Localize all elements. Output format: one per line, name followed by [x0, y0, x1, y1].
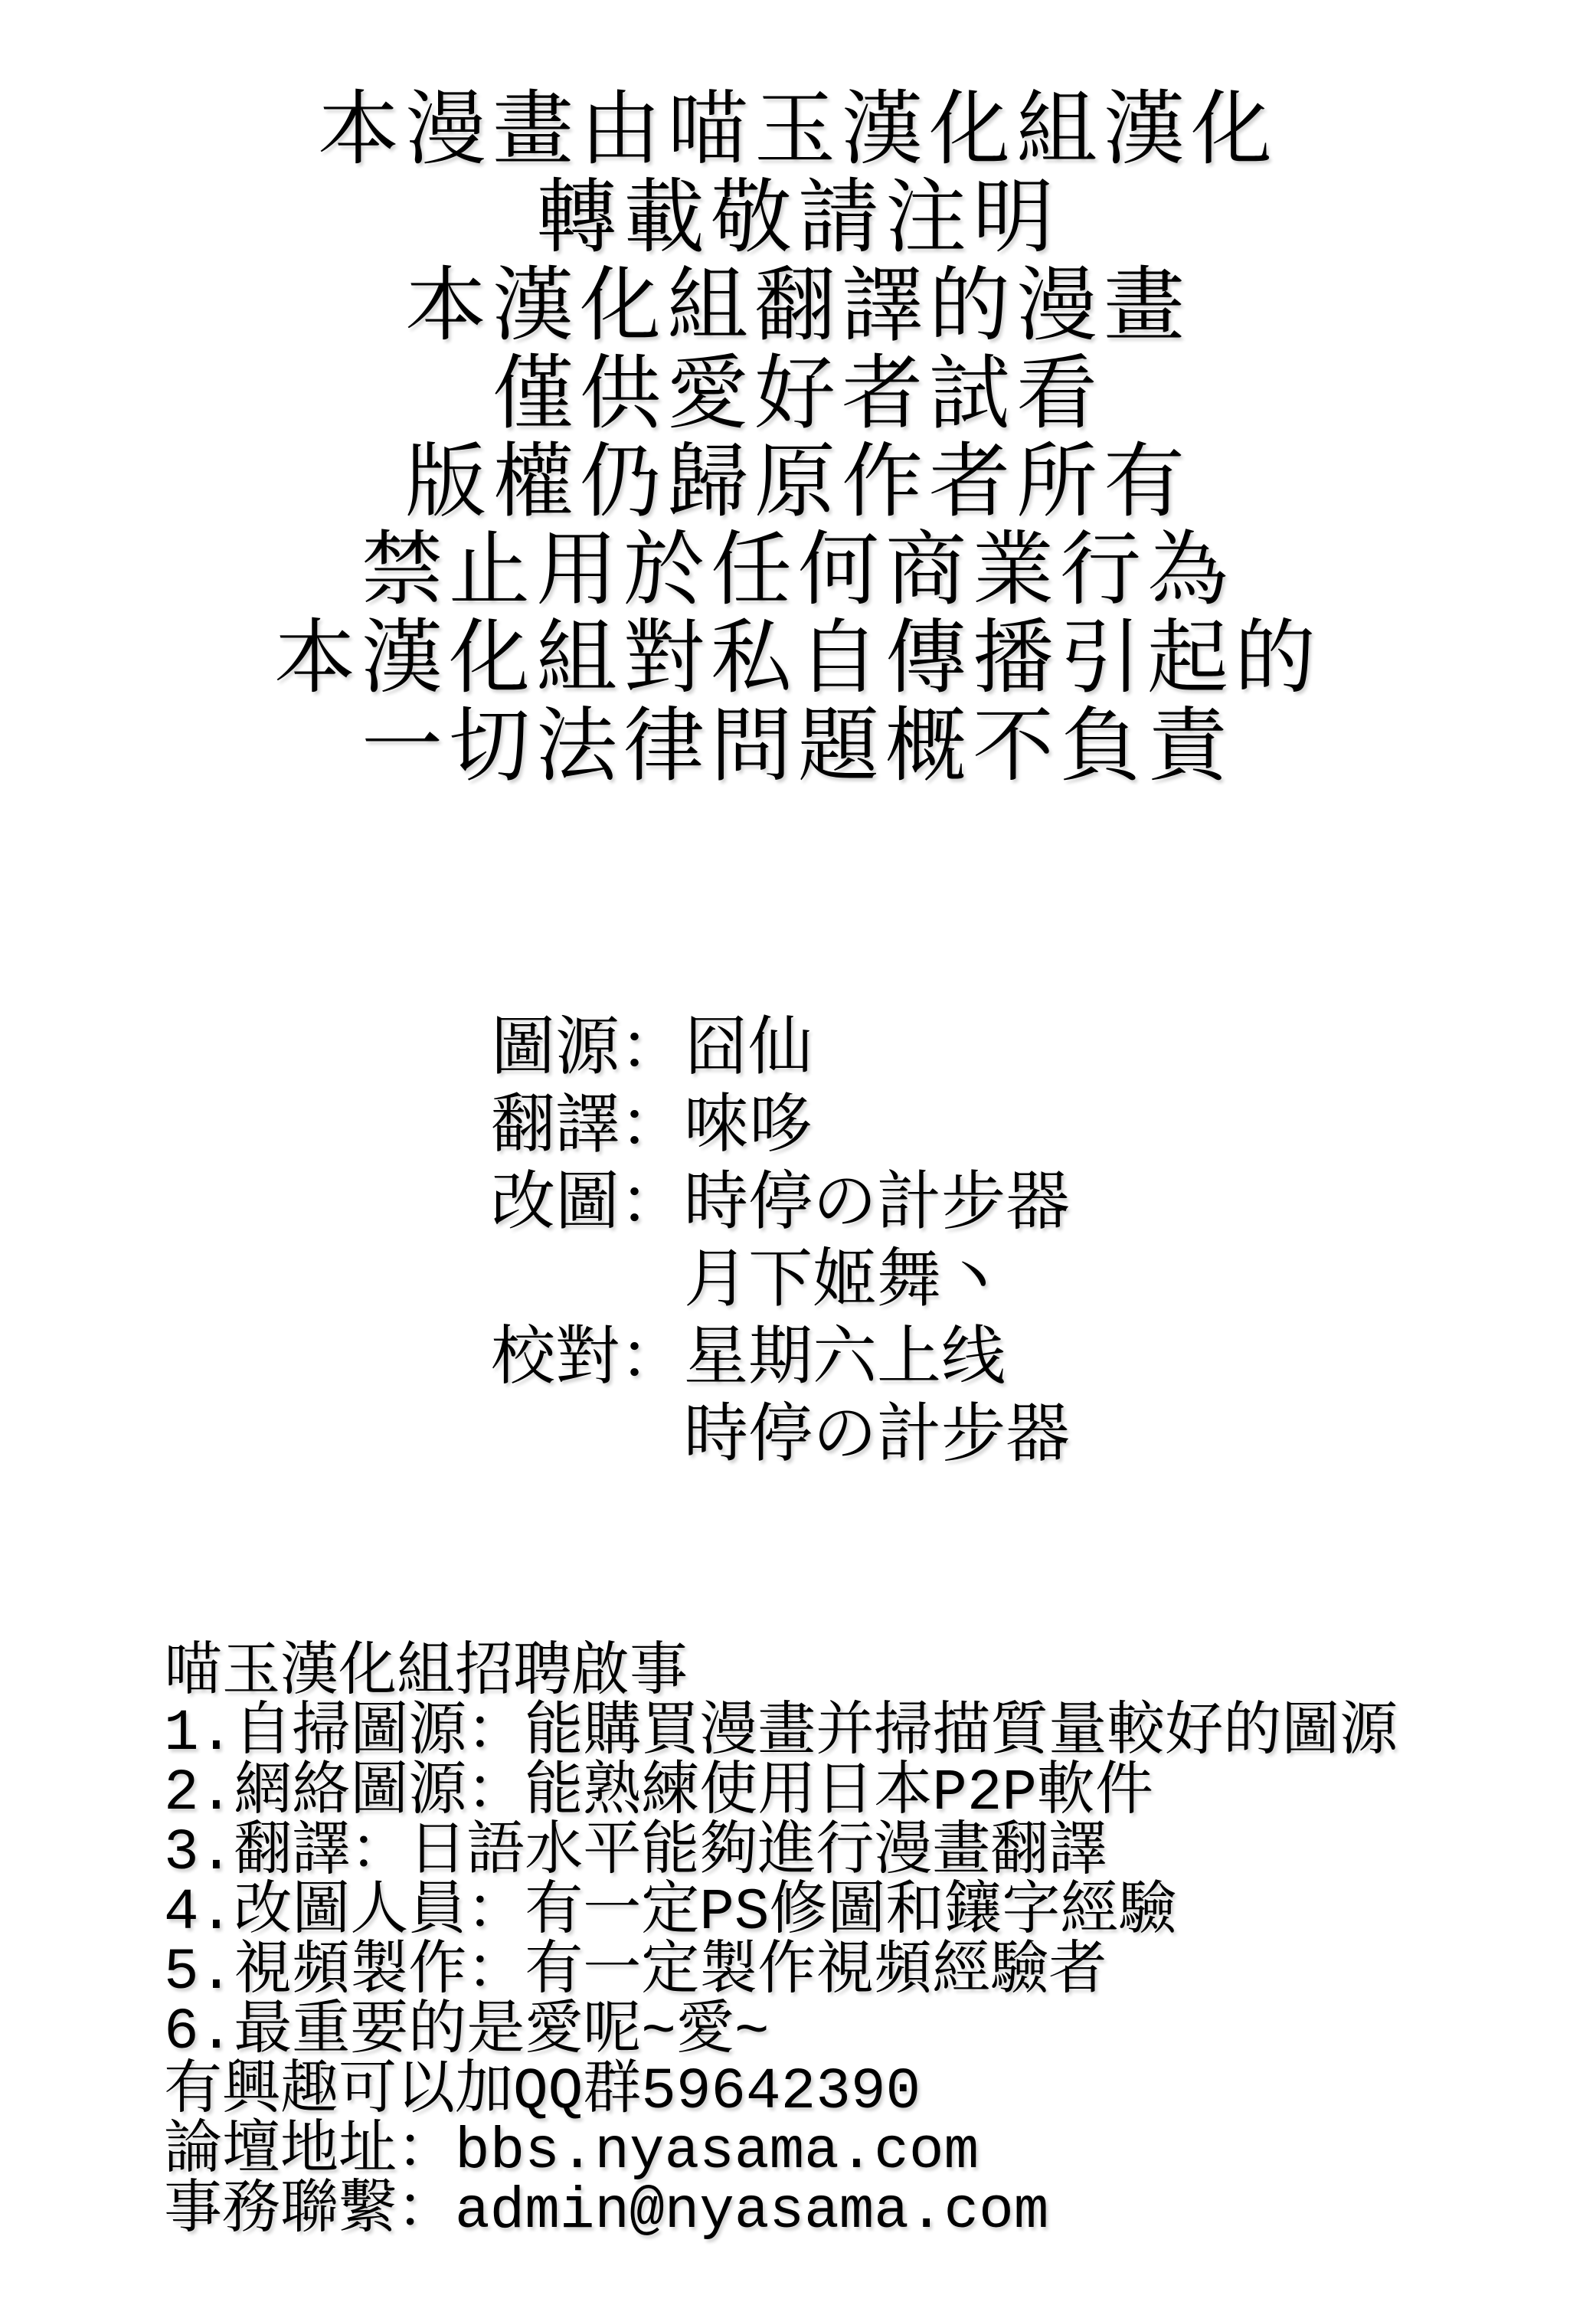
credits-page: { "page": { "background_color": "#ffffff…: [0, 0, 1596, 2315]
recruitment-item: 3.翻譯：日語水平能夠進行漫畫翻譯: [164, 1823, 1398, 1883]
credit-member-name: 時停の計步器: [684, 1397, 1070, 1469]
credit-role-label: 圖源：: [491, 1008, 684, 1085]
credit-role-label: 翻譯：: [491, 1085, 684, 1163]
disclaimer-line: 轉載敬請注明: [0, 174, 1596, 262]
credit-row: 改圖：時停の計步器: [491, 1163, 1070, 1240]
recruitment-item: 4.改圖人員：有一定PS修圖和鑲字經驗: [164, 1883, 1398, 1943]
credit-role-label: 改圖：: [491, 1163, 684, 1240]
credit-member-name: 時停の計步器: [684, 1165, 1070, 1237]
credit-role-label: 校對：: [491, 1318, 684, 1395]
recruitment-item: 5.視頻製作：有一定製作視頻經驗者: [164, 1943, 1398, 2002]
credit-member-name: 星期六上线: [684, 1320, 1006, 1392]
disclaimer-line: 版權仍歸原作者所有: [0, 438, 1596, 526]
credit-member-name: 月下姬舞丶: [684, 1243, 1006, 1315]
recruitment-item: 1.自掃圖源：能購買漫畫并掃描質量較好的圖源: [164, 1704, 1398, 1763]
credit-member-name: 唻哆: [684, 1088, 813, 1160]
credit-row: 月下姬舞丶: [491, 1240, 1070, 1318]
disclaimer-line: 本漢化組翻譯的漫畫: [0, 262, 1596, 350]
recruitment-item: 2.網絡圖源：能熟練使用日本P2P軟件: [164, 1763, 1398, 1823]
recruitment-title: 喵玉漢化組招聘啟事: [164, 1644, 1398, 1704]
credit-member-name: 囧仙: [684, 1010, 813, 1082]
credit-row: 翻譯：唻哆: [491, 1085, 1070, 1163]
disclaimer-line: 禁止用於任何商業行為: [0, 526, 1596, 614]
recruitment-block: 喵玉漢化組招聘啟事 1.自掃圖源：能購買漫畫并掃描質量較好的圖源 2.網絡圖源：…: [164, 1644, 1398, 2241]
credit-row: 時停の計步器: [491, 1395, 1070, 1472]
disclaimer-line: 本漢化組對私自傳播引起的: [0, 614, 1596, 702]
credit-row: 圖源：囧仙: [491, 1008, 1070, 1085]
recruitment-item: 事務聯繫：admin@nyasama.com: [164, 2182, 1398, 2241]
recruitment-item: 6.最重要的是愛呢~愛~: [164, 2002, 1398, 2062]
recruitment-item: 有興趣可以加QQ群59642390: [164, 2062, 1398, 2122]
disclaimer-line: 本漫畫由喵玉漢化組漢化: [0, 86, 1596, 174]
credits-block: 圖源：囧仙 翻譯：唻哆 改圖：時停の計步器 月下姬舞丶 校對：星期六上线 時停の…: [491, 1008, 1070, 1472]
disclaimer-block: 本漫畫由喵玉漢化組漢化 轉載敬請注明 本漢化組翻譯的漫畫 僅供愛好者試看 版權仍…: [0, 86, 1596, 791]
recruitment-item: 論壇地址：bbs.nyasama.com: [164, 2122, 1398, 2182]
credit-row: 校對：星期六上线: [491, 1318, 1070, 1395]
disclaimer-line: 一切法律問題概不負責: [0, 702, 1596, 791]
disclaimer-line: 僅供愛好者試看: [0, 350, 1596, 438]
